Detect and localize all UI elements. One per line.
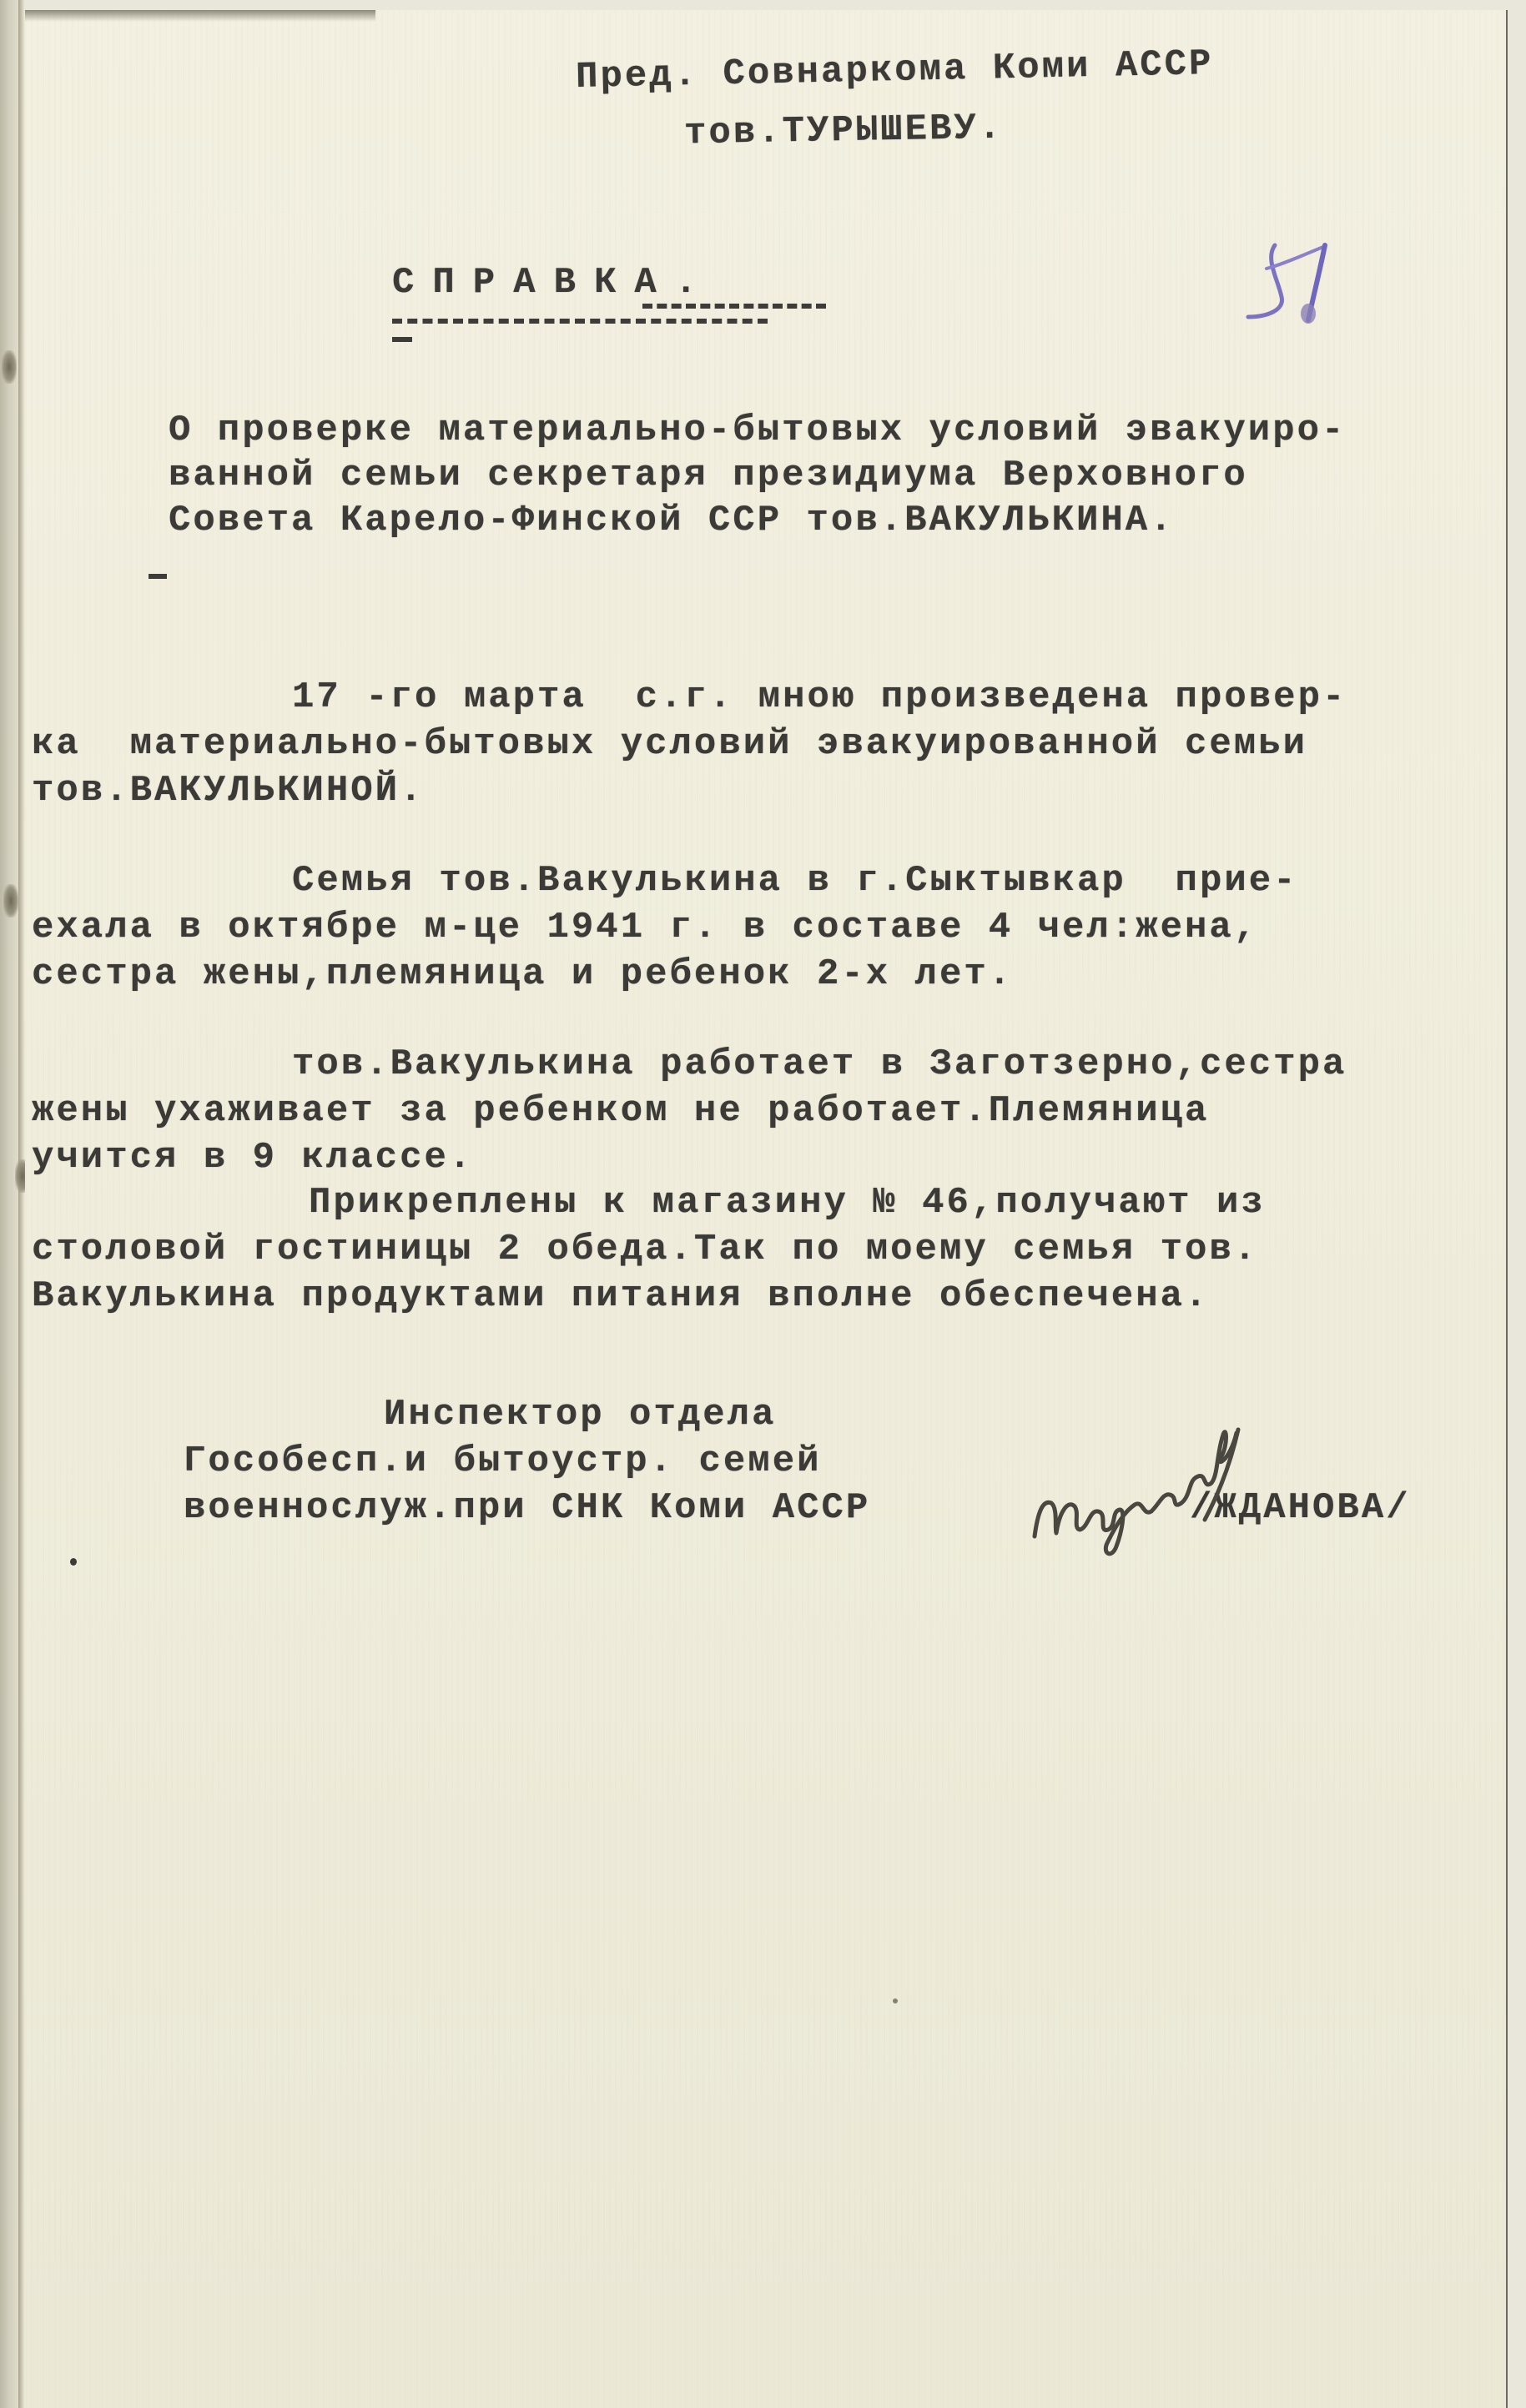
- document-page: Пред. Совнаркома Коми АССР тов.ТУРЫШЕВУ.…: [25, 10, 1508, 2408]
- binding-hole: [3, 884, 18, 917]
- subject-line-2: ванной семьи секретаря президиума Верхов…: [169, 452, 1248, 499]
- ink-speck: [893, 1998, 898, 2003]
- binding-hole: [2, 350, 17, 384]
- paragraph-1-line-3: тов.ВАКУЛЬКИНОЙ.: [32, 767, 424, 814]
- ink-speck: [70, 1558, 77, 1566]
- subject-line-1: О проверке материально-бытовых условий э…: [169, 407, 1346, 454]
- title-underline-mark: [392, 337, 412, 342]
- paragraph-4-line-2: столовой гостиницы 2 обеда.Так по моему …: [32, 1226, 1258, 1273]
- stray-dash: [149, 574, 167, 579]
- paragraph-2-line-3: сестра жены,племяница и ребенок 2-х лет.: [32, 951, 1013, 998]
- paragraph-4-line-3: Вакулькина продуктами питания вполне обе…: [32, 1273, 1209, 1320]
- paragraph-3-line-3: учится в 9 классе.: [32, 1134, 473, 1181]
- signature-title-line-3: военнослуж.при СНК Коми АССР: [184, 1485, 870, 1531]
- addressee-line-2: тов.ТУРЫШЕВУ.: [684, 108, 1004, 155]
- paragraph-3-line-2: жены ухаживает за ребенком не работает.П…: [32, 1088, 1209, 1134]
- handwritten-signature: [1018, 1386, 1252, 1570]
- subject-line-3: Совета Карело-Финской ССР тов.ВАКУЛЬКИНА…: [169, 497, 1175, 544]
- addressee-line-1: Пред. Совнаркома Коми АССР: [576, 43, 1214, 98]
- page-fold-shadow: [25, 10, 375, 22]
- paragraph-1-line-1: 17 -го марта с.г. мною произведена прове…: [292, 674, 1347, 721]
- paragraph-1-line-2: ка материально-бытовых условий эвакуиров…: [32, 721, 1307, 767]
- title-underline-overlap: [642, 304, 826, 309]
- document-title: СПРАВКА.: [392, 262, 715, 304]
- signature-title-line-1: Инспектор отдела: [384, 1391, 776, 1438]
- archive-page-number: [1241, 234, 1333, 334]
- paragraph-4-line-1: Прикреплены к магазину № 46,получают из: [309, 1179, 1266, 1226]
- paragraph-3-line-1: тов.Вакулькина работает в Заготзерно,сес…: [292, 1041, 1347, 1088]
- signature-title-line-2: Гособесп.и бытоустр. семей: [184, 1438, 822, 1485]
- paragraph-2-line-2: ехала в октябре м-це 1941 г. в составе 4…: [32, 904, 1258, 951]
- paragraph-2-line-1: Семья тов.Вакулькина в г.Сыктывкар прие-: [292, 857, 1298, 904]
- title-underline: [392, 319, 768, 324]
- binding-fold: [18, 0, 25, 2408]
